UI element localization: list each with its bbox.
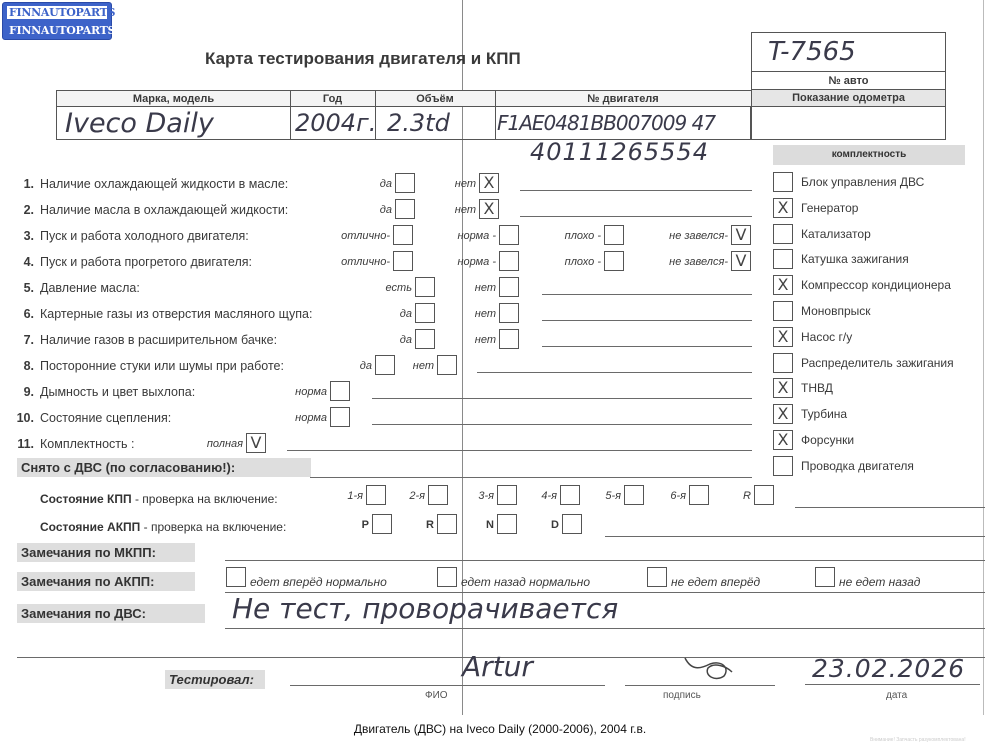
completeness-item-label: Проводка двигателя [801, 459, 914, 473]
gear-label: 5-я [575, 490, 621, 502]
gear-label: R [710, 490, 751, 502]
question-text: Дымность и цвет выхлопа: [40, 385, 195, 399]
signature-line [625, 685, 775, 686]
auto-number-value: T-7565 [752, 33, 945, 72]
gear-label: 1-я [320, 490, 363, 502]
question-text: Наличие охлаждающей жидкости в масле: [40, 177, 288, 191]
odometer-label: Показание одометра [752, 90, 945, 107]
question-text: Посторонние стуки или шумы при работе: [40, 359, 284, 373]
completeness-item-label: Насос г/у [801, 330, 852, 344]
option-label: нет [380, 282, 496, 294]
question-text: Пуск и работа холодного двигателя: [40, 229, 249, 243]
option-label: нет [340, 360, 434, 372]
question-number: 2. [14, 203, 34, 217]
akpp-remarks-label: Замечания по АКПП: [17, 572, 195, 591]
logo-line-2: FINNAUTOPARTS [7, 24, 107, 37]
year-value: 2004г. [295, 107, 375, 140]
completeness-item-label: ТНВД [801, 381, 833, 395]
engine-number-value: F1AE0481BB007009 47 [497, 107, 753, 140]
gear-label: 4-я [510, 490, 557, 502]
question-notes-line [372, 398, 752, 399]
option-label: норма - [380, 230, 496, 242]
question-2: 2.Наличие масла в охлаждающей жидкости: [14, 203, 288, 217]
question-text: Давление масла: [40, 281, 140, 295]
date-value: 23.02.2026 [812, 654, 965, 683]
option-label: норма [220, 386, 327, 398]
completeness-item-label: Моновпрыск [801, 304, 871, 318]
question-notes-line [520, 216, 752, 217]
option-label: полная [160, 438, 243, 450]
col-header-volume: Объём [375, 91, 495, 107]
tested-by-label: Тестировал: [165, 670, 265, 689]
kpp-label-rest: - проверка на включение: [132, 492, 278, 506]
completeness-checkbox[interactable]: X [773, 327, 793, 347]
signature-caption: подпись [663, 690, 701, 701]
question-3: 3.Пуск и работа холодного двигателя: [14, 229, 249, 243]
question-7: 7.Наличие газов в расширительном бачке: [14, 333, 277, 347]
question-notes-line [542, 320, 752, 321]
completeness-checkbox[interactable] [773, 301, 793, 321]
date-line [805, 684, 980, 685]
question-8: 8.Посторонние стуки или шумы при работе: [14, 359, 284, 373]
question-number: 3. [14, 229, 34, 243]
option-label: нет [380, 204, 476, 216]
fio-line [290, 685, 605, 686]
gear-label: 2-я [380, 490, 425, 502]
option-checkbox[interactable]: V [731, 251, 751, 271]
image-caption: Двигатель (ДВС) на Iveco Daily (2000-200… [0, 722, 1000, 736]
col-header-year: Год [290, 91, 375, 107]
akpp-remark-label: не едет вперёд [671, 575, 760, 589]
question-11: 11.Комплектность : [14, 437, 134, 451]
col-header-engine-no: № двигателя [495, 91, 751, 107]
model-value: Iveco Daily [65, 107, 285, 140]
question-text: Пуск и работа прогретого двигателя: [40, 255, 252, 269]
akpp-remark-label: едет назад нормально [461, 575, 590, 589]
odometer-value [752, 107, 945, 140]
completeness-checkbox[interactable] [773, 456, 793, 476]
completeness-item-label: Генератор [801, 201, 858, 215]
option-label: нет [380, 308, 496, 320]
mkpp-remarks-line [225, 560, 985, 561]
option-label: отлично- [265, 230, 390, 242]
gear-label: 6-я [640, 490, 686, 502]
option-label: не завелся- [590, 230, 728, 242]
mode-label: R [400, 519, 434, 531]
option-checkbox[interactable]: V [246, 433, 266, 453]
option-label: да [290, 178, 392, 190]
akpp-remark-label: не едет назад [839, 575, 920, 589]
kpp-label: Состояние КПП - проверка на включение: [40, 492, 278, 506]
completeness-checkbox[interactable]: X [773, 378, 793, 398]
akpp-remark-checkbox[interactable] [226, 567, 246, 587]
option-checkbox[interactable] [330, 407, 350, 427]
akpp-remark-checkbox[interactable] [647, 567, 667, 587]
question-number: 7. [14, 333, 34, 347]
question-notes-line [542, 294, 752, 295]
akpp-line [605, 536, 985, 537]
question-number: 5. [14, 281, 34, 295]
gear-checkbox[interactable] [428, 485, 448, 505]
question-4: 4.Пуск и работа прогретого двигателя: [14, 255, 252, 269]
question-notes-line [520, 190, 752, 191]
question-10: 10.Состояние сцепления: [14, 411, 171, 425]
fio-caption: ФИО [425, 690, 448, 701]
gear-label: 3-я [450, 490, 494, 502]
option-label: нет [380, 178, 476, 190]
page-title: Карта тестирования двигателя и КПП [205, 49, 521, 69]
gear-checkbox[interactable] [689, 485, 709, 505]
watermark: Внимание! Запчасть разукомплектована! [870, 737, 966, 743]
completeness-checkbox[interactable] [773, 172, 793, 192]
finnautoparts-logo: FINNAUTOPARTS FINNAUTOPARTS [2, 2, 112, 40]
question-notes-line [372, 424, 752, 425]
question-1: 1.Наличие охлаждающей жидкости в масле: [14, 177, 288, 191]
mode-checkbox[interactable] [562, 514, 582, 534]
completeness-checkbox[interactable]: X [773, 198, 793, 218]
option-label: нет [380, 334, 496, 346]
removed-parts-line [310, 477, 752, 478]
option-label: плохо - [480, 230, 601, 242]
question-5: 5.Давление масла: [14, 281, 140, 295]
gear-checkbox[interactable] [754, 485, 774, 505]
completeness-item-label: Турбина [801, 407, 847, 421]
completeness-item-label: Катализатор [801, 227, 871, 241]
mode-checkbox[interactable] [437, 514, 457, 534]
option-label: не завелся- [590, 256, 728, 268]
auto-number-label: № авто [752, 72, 945, 90]
question-text: Состояние сцепления: [40, 411, 171, 425]
mode-checkbox[interactable] [497, 514, 517, 534]
option-label: отлично- [265, 256, 390, 268]
mode-label: N [460, 519, 494, 531]
question-text: Наличие масла в охлаждающей жидкости: [40, 203, 288, 217]
volume-value: 2.3td [387, 107, 495, 140]
question-number: 10. [14, 411, 34, 425]
question-9: 9.Дымность и цвет выхлопа: [14, 385, 195, 399]
question-number: 4. [14, 255, 34, 269]
option-checkbox[interactable] [330, 381, 350, 401]
option-checkbox[interactable]: X [479, 173, 499, 193]
kpp-line [795, 507, 985, 508]
engine-number-secondary: 40111265554 [530, 138, 709, 166]
question-text: Комплектность : [40, 437, 134, 451]
completeness-item-label: Катушка зажигания [801, 252, 909, 266]
sheet-edge [983, 0, 984, 715]
completeness-checkbox[interactable] [773, 224, 793, 244]
mode-label: D [520, 519, 559, 531]
mode-checkbox[interactable] [372, 514, 392, 534]
completeness-checkbox[interactable]: X [773, 275, 793, 295]
completeness-item-label: Блок управления ДВС [801, 175, 924, 189]
question-notes-line [542, 346, 752, 347]
question-number: 6. [14, 307, 34, 321]
question-text: Наличие газов в расширительном бачке: [40, 333, 277, 347]
option-label: да [290, 204, 392, 216]
akpp-label-rest: - проверка на включение: [140, 520, 286, 534]
mode-label: P [335, 519, 369, 531]
question-number: 8. [14, 359, 34, 373]
question-notes-line [477, 372, 752, 373]
completeness-checkbox[interactable]: X [773, 404, 793, 424]
col-header-model: Марка, модель [57, 91, 290, 107]
option-label: норма [220, 412, 327, 424]
question-notes-line [287, 450, 752, 451]
removed-parts-label: Снято с ДВС (по согласованию!): [17, 458, 311, 477]
date-caption: дата [886, 690, 907, 701]
dvs-remarks-label: Замечания по ДВС: [17, 604, 205, 623]
question-6: 6.Картерные газы из отверстия масляного … [14, 307, 312, 321]
mkpp-remarks-label: Замечания по МКПП: [17, 543, 195, 562]
akpp-remark-label: едет вперёд нормально [250, 575, 387, 589]
completeness-checkbox[interactable] [773, 353, 793, 373]
question-text: Картерные газы из отверстия масляного щу… [40, 307, 312, 321]
option-label: плохо - [480, 256, 601, 268]
option-checkbox[interactable] [437, 355, 457, 375]
option-checkbox[interactable]: V [731, 225, 751, 245]
completeness-header: комплектность [773, 145, 965, 165]
option-checkbox[interactable] [499, 329, 519, 349]
completeness-item-label: Форсунки [801, 433, 854, 447]
option-checkbox[interactable] [499, 277, 519, 297]
completeness-item-label: Распределитель зажигания [801, 356, 954, 370]
akpp-label-bold: Состояние АКПП [40, 520, 140, 534]
option-checkbox[interactable]: X [479, 199, 499, 219]
completeness-checkbox[interactable]: X [773, 430, 793, 450]
completeness-checkbox[interactable] [773, 249, 793, 269]
option-checkbox[interactable] [499, 303, 519, 323]
akpp-remark-checkbox[interactable] [815, 567, 835, 587]
question-number: 11. [14, 437, 34, 451]
vehicle-info-table: Марка, модель Год Объём № двигателя Ivec… [56, 90, 751, 140]
tester-name-value: Artur [462, 650, 533, 683]
option-label: норма - [380, 256, 496, 268]
kpp-label-bold: Состояние КПП [40, 492, 132, 506]
akpp-remark-checkbox[interactable] [437, 567, 457, 587]
completeness-item-label: Компрессор кондиционера [801, 278, 951, 292]
dvs-remarks-line [225, 628, 985, 629]
akpp-label: Состояние АКПП - проверка на включение: [40, 520, 286, 534]
question-number: 1. [14, 177, 34, 191]
question-number: 9. [14, 385, 34, 399]
logo-line-1: FINNAUTOPARTS [7, 6, 107, 19]
signature [680, 654, 740, 680]
vehicle-id-box: T-7565 № авто Показание одометра [751, 32, 946, 140]
dvs-remarks-value: Не тест, проворачивается [232, 592, 618, 625]
